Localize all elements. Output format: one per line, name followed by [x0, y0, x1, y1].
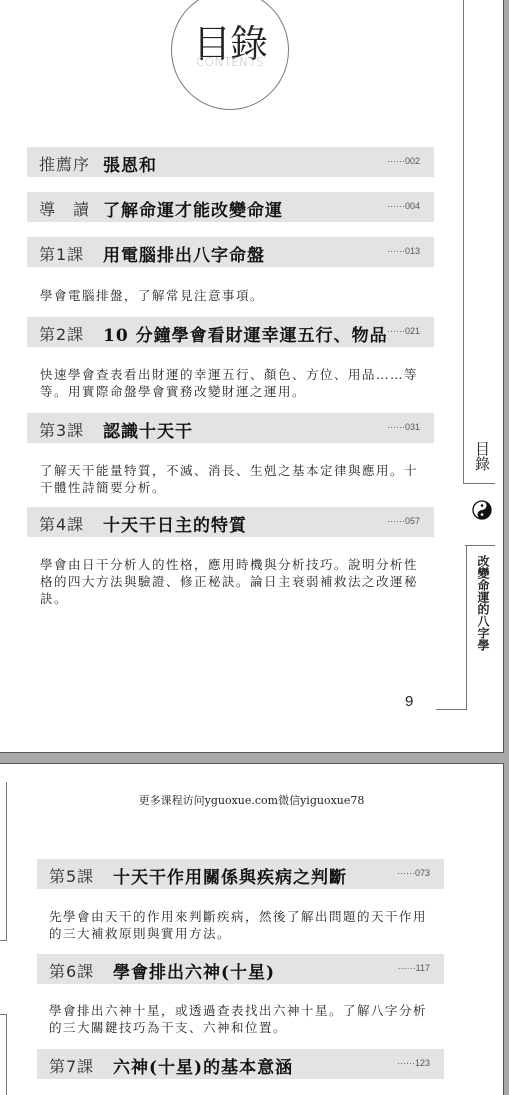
toc-entry-description: 先學會由天干的作用來判斷疾病，然後了解出問題的天干作用的三大補救原則與實用方法。 — [49, 908, 439, 942]
toc-entry-label: 第7課 — [49, 1054, 94, 1077]
document-page-9: 目錄 CONTENTS 推薦序 張恩和 ······002 導 讀 了解命運才能… — [0, 0, 504, 753]
toc-entry-lesson-1[interactable]: 第1課 用電腦排出八字命盤 ······013 — [27, 237, 434, 267]
toc-entry-page: ······021 — [387, 326, 420, 336]
side-tab-border — [463, 483, 495, 484]
toc-entry-title: 十天干日主的特質 — [103, 511, 247, 536]
toc-entry-label: 第3課 — [39, 418, 84, 441]
toc-entry-title: 十天干作用關係與疾病之判斷 — [113, 863, 347, 888]
toc-entry-page: ······057 — [387, 516, 420, 526]
toc-entry-description: 學會排出六神十星，或透過查表找出六神十星。了解八字分析的三大關鍵技巧為干支、六神… — [49, 1002, 439, 1036]
toc-entry-label: 推薦序 — [39, 152, 90, 175]
toc-entry-description: 了解天干能量特質，不滅、消長、生剋之基本定律與應用。十干體性詩簡要分析。 — [40, 462, 430, 496]
side-tab-section: 目錄 — [472, 441, 493, 471]
side-tab-border — [466, 545, 467, 710]
toc-entry-description: 學會電腦排盤，了解常見注意事項。 — [40, 287, 430, 304]
toc-entry-title: 用電腦排出八字命盤 — [103, 241, 265, 266]
toc-entry-description: 學會由日干分析人的性格，應用時機與分析技巧。說明分析性格的四大方法與驗證、修正秘… — [40, 556, 430, 607]
toc-entry-label: 第6課 — [49, 959, 94, 982]
toc-entry-label: 第5課 — [49, 864, 94, 887]
side-tab-border — [436, 709, 467, 710]
toc-entry-label: 第4課 — [39, 512, 84, 535]
toc-entry-title: 認識十天干 — [103, 417, 193, 442]
toc-entry-page: ······031 — [387, 422, 420, 432]
toc-entry-lesson-7[interactable]: 第7課 六神(十星)的基本意涵 ······123 — [37, 1049, 444, 1079]
side-tab-border — [6, 1014, 7, 1095]
toc-entry-lesson-4[interactable]: 第4課 十天干日主的特質 ······057 — [27, 507, 434, 537]
toc-entry-label: 第2課 — [39, 322, 84, 345]
toc-entry-page: ······073 — [397, 868, 430, 878]
page-number: 9 — [405, 693, 413, 710]
side-tab-border — [465, 545, 495, 546]
toc-entry-title: 學會排出六神(十星) — [113, 958, 275, 983]
side-tab-border — [463, 0, 464, 484]
contents-title-circle: 目錄 CONTENTS — [171, 0, 289, 110]
toc-entry-page: ······117 — [398, 963, 430, 973]
toc-entry-page: ······123 — [397, 1058, 430, 1068]
watermark-text: 更多课程访问yguoxue.com微信yiguoxue78 — [0, 792, 503, 808]
toc-entry-label: 導 讀 — [39, 197, 90, 220]
toc-entry-title: 張恩和 — [103, 151, 157, 176]
toc-entry-page: ······002 — [387, 156, 420, 166]
toc-entry-lesson-3[interactable]: 第3課 認識十天干 ······031 — [27, 413, 434, 443]
toc-entry-lesson-6[interactable]: 第6課 學會排出六神(十星) ······117 — [37, 954, 444, 984]
toc-entry-title: 了解命運才能改變命運 — [103, 196, 283, 221]
toc-entry-lesson-2[interactable]: 第2課 10 分鐘學會看財運幸運五行、物品 ······021 — [27, 317, 434, 347]
toc-entry-title: 10 分鐘學會看財運幸運五行、物品 — [103, 321, 388, 346]
document-page-10: 更多课程访问yguoxue.com微信yiguoxue78 第5課 十天干作用關… — [0, 763, 504, 1095]
toc-entry-label: 第1課 — [39, 242, 84, 265]
toc-entry-introduction[interactable]: 導 讀 了解命運才能改變命運 ······004 — [27, 192, 434, 222]
toc-entry-title: 六神(十星)的基本意涵 — [113, 1053, 293, 1078]
toc-entry-page: ······013 — [387, 246, 420, 256]
contents-subtitle: CONTENTS — [172, 55, 288, 69]
toc-entry-lesson-5[interactable]: 第5課 十天干作用關係與疾病之判斷 ······073 — [37, 859, 444, 889]
toc-entry-page: ······004 — [387, 201, 420, 211]
toc-entry-description: 快速學會查表看出財運的幸運五行、顏色、方位、用品……等等。用實際命盤學會實務改變… — [40, 366, 430, 400]
side-tab-book-title: 改變命運的八字學 — [476, 555, 490, 651]
toc-entry-foreword[interactable]: 推薦序 張恩和 ······002 — [27, 147, 434, 177]
yin-yang-icon — [472, 500, 492, 520]
side-tab-border — [0, 940, 7, 941]
